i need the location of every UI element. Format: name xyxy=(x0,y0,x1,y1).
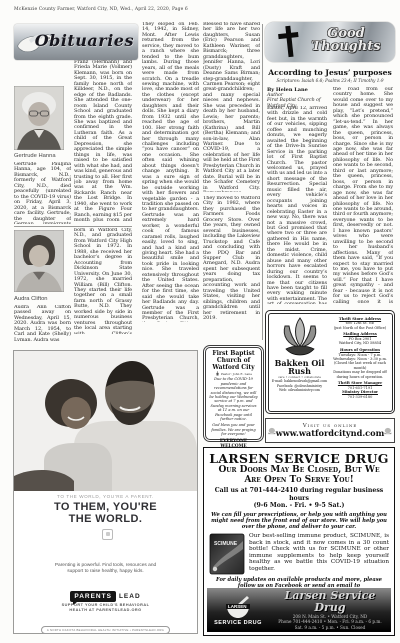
good-thoughts-banner: Good Thoughts xyxy=(265,22,395,62)
article-col1: Easter, April 12, arrived with drizzle a… xyxy=(267,106,327,304)
article-col2: the road from our country home. She woul… xyxy=(333,87,393,304)
obituaries-banner-title: Obituaries xyxy=(35,31,134,50)
bakken-tulip-logo-icon xyxy=(280,317,320,359)
parents-lead-logo: PARENTSLEAD xyxy=(14,585,197,603)
obituary-audra-col2: born in Watford City, N.D., and graduate… xyxy=(74,228,132,334)
article-scripture-line: Scriptures: Isaiah 6:8; Psalms 23:4; II … xyxy=(265,78,395,83)
globe-hands-icon xyxy=(384,422,392,440)
larsen-ad-subtitle-1: Our Doors May Be Closed, But We xyxy=(209,465,389,475)
obituary-name-audra: Audra Clifton xyxy=(14,296,48,302)
obituary-audra-col1: Audra Ann Clifton passed away on Wednesd… xyxy=(14,305,71,341)
parents-ad-support-2: HEALTH AT PARENTSLEAD.ORG xyxy=(14,608,197,613)
bakken-org-name: Bakken Oil Rush xyxy=(271,359,329,376)
larsen-service-drug-ad: LARSEN SERVICE DRUG Our Doors May Be Clo… xyxy=(203,447,395,636)
parents-lead-logo-text: LEAD xyxy=(119,593,141,600)
parents-ad-body-2: support to raise healthy, happy kids. xyxy=(14,569,197,575)
larsen-logo-bottom-label: SERVICE DRUG xyxy=(207,620,269,626)
article-headline: According to Jesus’ purposes xyxy=(265,68,395,77)
audra-clifton-photo xyxy=(14,230,64,292)
church-ad-title-3: Watford City xyxy=(206,365,261,372)
bakken-director-phone: 701-339-6180 xyxy=(331,395,390,399)
column-rule xyxy=(262,24,263,340)
obituaries-banner: Obituaries xyxy=(14,24,138,60)
masthead-line: McKenzie County Farmer, Watford City, ND… xyxy=(14,7,294,12)
larsen-footer-hours: Sat. 9 a.m. - 5 p.m. • Sun. Closed xyxy=(269,625,391,630)
bakken-web: Web: oilrushministry.com xyxy=(271,388,329,392)
parents-ad-overline: TO THE WORLD, YOU'RE A PARENT. xyxy=(14,494,197,499)
newspaper-page: McKenzie County Farmer, Watford City, ND… xyxy=(0,0,400,643)
cross-icon xyxy=(275,25,302,59)
larsen-ad-pitch: We can fill your prescriptions, or help … xyxy=(209,512,389,531)
bakken-email: E-mail: bakkenoilrush@gmail.com xyxy=(271,379,329,383)
bakken-hours-4: Donations may be dropped off during hour… xyxy=(331,370,390,379)
parent-child-photo xyxy=(14,351,197,491)
globe-hands-icon xyxy=(268,422,276,440)
larsen-footer-name: Larsen Service Drug xyxy=(269,590,391,614)
parents-ad-footnote: A NORTH DAKOTA BEHAVIORAL HEALTH INITIAT… xyxy=(41,626,170,634)
obituary-gertrude-col4: Blessed to have shared her life are her … xyxy=(203,22,260,192)
larsen-logo-top-label: LARSEN xyxy=(228,604,247,609)
gertrude-hanna-photo xyxy=(14,86,64,150)
church-ad-pastor: Pastor: John E. Lane xyxy=(221,372,252,376)
first-baptist-church-ad: First Baptist Church of Watford City Pas… xyxy=(203,345,264,442)
parents-ad-headline-1: TO THEM, YOU'RE xyxy=(14,501,197,513)
obituary-divider xyxy=(14,226,132,227)
obituary-name-gertrude: Gertrude Hanna xyxy=(14,153,56,159)
larsen-ad-subtitle-2: Are Open To Serve You! xyxy=(209,475,389,485)
obituary-audra-col3: They moved to Watford City in 1982, wher… xyxy=(203,196,260,334)
obituary-gertrude-col1: Gertrude Pauljina Hanna, age 104, of Bis… xyxy=(14,162,71,224)
scimune-product-image: SCIMUNE xyxy=(209,533,245,575)
parents-ad-headline-2: THE WORLD. xyxy=(14,513,197,525)
larsen-ad-call-line: Call us at 701-444-2410 during regular b… xyxy=(209,487,389,502)
visit-online-banner: Visit us online www.watfordcitynd.com xyxy=(265,418,395,443)
scimune-label: SCIMUNE xyxy=(214,541,238,547)
parents-lead-ad: TO THE WORLD, YOU'RE A PARENT. TO THEM, … xyxy=(13,350,198,634)
bakken-mailing-address-2: Watford City, ND 58854 xyxy=(331,341,390,345)
church-ad-body-1: Due to the COVID-19 pandemic and recomme… xyxy=(206,377,261,421)
larsen-ad-hours-line: (9-6 Mon. - Fri. • 9-5 Sat.) xyxy=(209,502,389,510)
obituary-gertrude-col2: Franz (Hermann) and Frieda Marie (Vollme… xyxy=(74,60,132,223)
visit-online-url: www.watfordcitynd.com xyxy=(276,429,385,438)
larsen-ad-title: LARSEN SERVICE DRUG xyxy=(209,452,389,465)
obituary-gertrude-col3: They eloped on Feb. 14, 1942, in Sidney,… xyxy=(142,22,199,322)
good-thoughts-title-2: Thoughts xyxy=(303,40,389,53)
church-ad-pastor-line: Pastor: John E. Lane xyxy=(206,371,261,376)
larsen-footer-phone: Phone 701-444-2410 • Mon. - Fri. 9 a.m. … xyxy=(269,619,391,624)
nd-badge-icon xyxy=(102,529,113,540)
parents-lead-logo-box: PARENTS xyxy=(70,591,116,602)
larsen-logo: LARSEN SERVICE DRUG xyxy=(207,594,269,626)
church-ad-body-2: God bless you and your families. We are … xyxy=(206,423,261,436)
mortar-pestle-icon: LARSEN xyxy=(223,594,253,620)
bakken-oil-rush-ad: Bakken Oil Rush care • connect • collabo… xyxy=(265,310,395,414)
larsen-ad-footer-bar: LARSEN SERVICE DRUG Larsen Service Drug … xyxy=(207,588,391,632)
church-icon xyxy=(215,371,220,376)
bakken-store-address-2: (just North of the Post Office) xyxy=(331,326,390,330)
bakken-hours-3: (Closed the last week of each month) xyxy=(331,361,390,370)
